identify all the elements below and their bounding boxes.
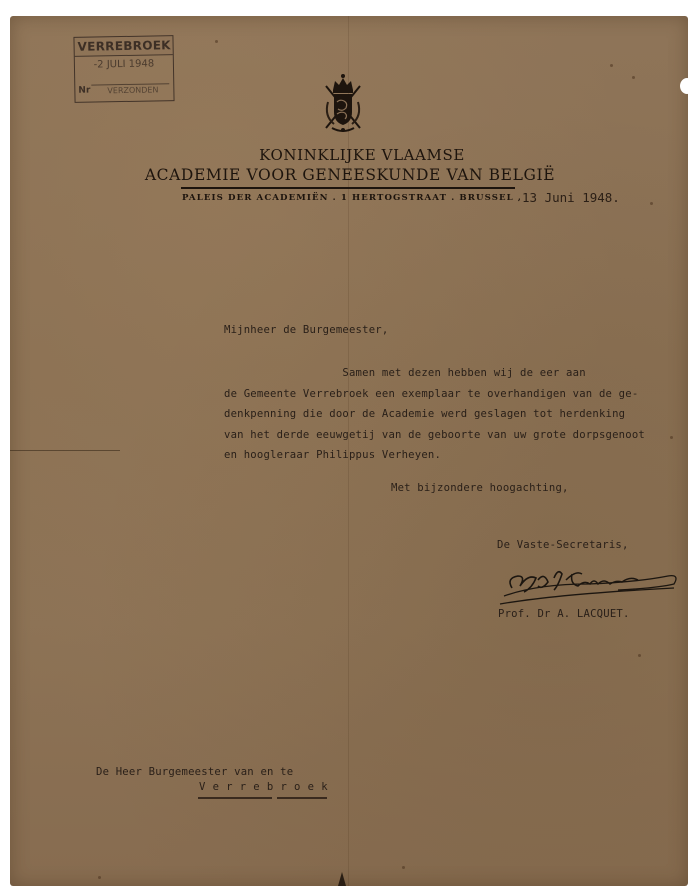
body-line: van het derde eeuwgetij van de geboorte …	[224, 429, 645, 441]
stain-spot	[402, 866, 405, 869]
letter-date: 13 Juni 1948.	[522, 190, 620, 205]
body-line: Samen met dezen hebben wij de eer aan	[224, 367, 586, 379]
signatory-title: De Vaste-Secretaris,	[497, 539, 629, 551]
stain-spot	[98, 876, 101, 879]
handwritten-signature-icon	[498, 560, 682, 608]
addressee-town: Verrebroek	[199, 781, 335, 793]
body-line: denkpenning die door de Academie werd ge…	[224, 408, 625, 420]
closing-formula: Met bijzondere hoogachting,	[391, 482, 569, 494]
institution-name-line2: ACADEMIE VOOR GENEESKUNDE VAN BELGIË	[0, 166, 700, 184]
horizontal-fold-tear	[10, 450, 120, 451]
stain-spot	[638, 654, 641, 657]
stain-spot	[670, 436, 673, 439]
letterhead-rule	[181, 187, 515, 189]
stain-spot	[632, 76, 635, 79]
stamp-date: -2 JULI 1948	[75, 55, 173, 71]
town-underline	[277, 797, 327, 799]
addressee-line1: De Heer Burgemeester van en te	[96, 766, 293, 778]
stamp-register-label: VERZONDEN	[107, 85, 158, 95]
town-underline	[198, 797, 272, 799]
edge-notch	[680, 78, 694, 94]
salutation: Mijnheer de Burgemeester,	[224, 324, 388, 336]
body-line: de Gemeente Verrebroek een exemplaar te …	[224, 388, 638, 400]
stamp-municipality: VERREBROEK	[74, 36, 172, 57]
institution-address: PALEIS DER ACADEMIËN . 1 HERTOGSTRAAT . …	[182, 193, 522, 203]
stamp-number-label: Nr	[78, 86, 90, 96]
institution-name-line1: KONINKLIJKE VLAAMSE	[12, 146, 700, 164]
belgian-coat-of-arms-icon	[318, 72, 368, 136]
body-line: en hoogleraar Philippus Verheyen.	[224, 449, 441, 461]
stain-spot	[610, 64, 613, 67]
stain-spot	[215, 40, 218, 43]
received-stamp: VERREBROEK -2 JULI 1948 Nr VERZONDEN	[73, 35, 174, 103]
signatory-name: Prof. Dr A. LACQUET.	[498, 608, 630, 620]
bottom-edge-tear	[338, 872, 346, 886]
stain-spot	[650, 202, 653, 205]
